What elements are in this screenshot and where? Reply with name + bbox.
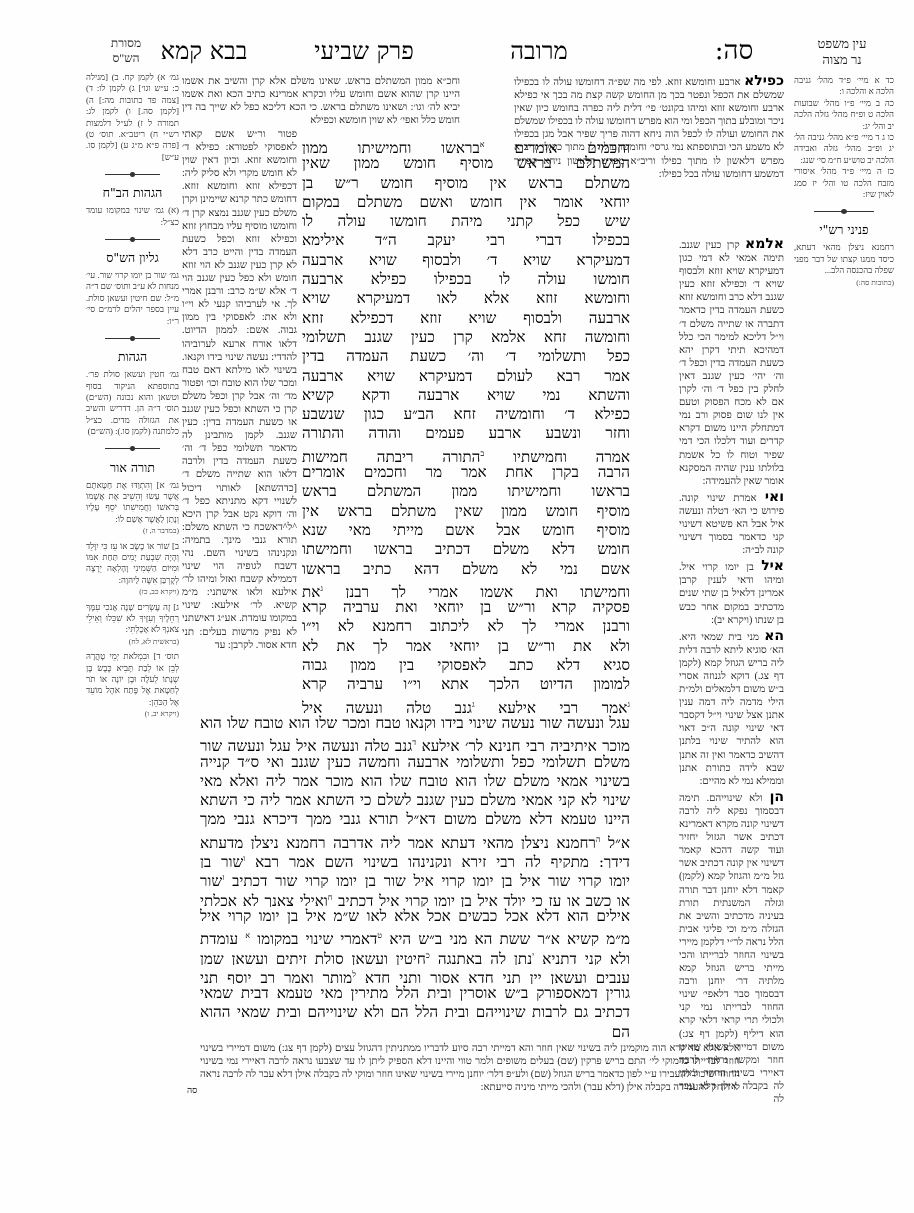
tosafot-dibur: אלמא [745,236,784,252]
gemara-line: וחומשה זחא אלמא קרן כעין שגנב תשלומי [302,328,630,347]
gemara-line: עגל ונעשה שור נעשה שינוי בידו וקנאו טבח … [200,714,630,733]
gemara-line: יומו קרוי שור איל בן יומו קרוי איל שור ב… [200,868,630,887]
gemara-line: חומשו עולה לו בכפילו כפילא ארבעה [302,270,630,289]
mesoret-header: מסורת הש"ס [86,36,166,66]
gemara-line: הם [200,1023,630,1042]
gemara-line: ולא קני דתניא ינתן לה באתנגה כחיטין ועשא… [200,946,630,965]
gilyon-hashas-text: גמ׳ שור בן יומו קרוי שור. עי׳ מנחות לא ע… [86,270,179,327]
gemara-line: אמר רבא לעולם דמעיקרא שויא ארבעה [302,367,630,386]
tosafot-dibur: ואי [765,489,784,505]
torah-ohr-entry: גמ׳ א] וְהִתְוַדּוּ אֶת חַטָּאתָם אֲשֶׁר… [86,480,179,537]
ein-mishpat-entry: כד א מיי׳ פ״ד מהל׳ גניבה הלכה א והלכה ו: [794,75,894,98]
hagahot-habach-text: (א) גמ׳ שינוי במקומו עומד כצ״ל: [86,205,179,228]
gemara-line: משתלם בראש אין מוסיף חומש ר״ש בן [302,174,630,193]
gemara-line: דידך: מתקיף לה רבי זירא ונקנינהו בשינוי … [200,849,630,868]
gemara-line: שיש כפל קתני מיהת חומשו עולה לו [302,212,630,231]
torah-ohr-title: תורה אור [86,460,179,476]
gemara-wide: עגל ונעשה שור נעשה שינוי בידו וקנאו טבח … [200,714,630,1042]
torah-ohr-ref: (במדבר ה, ז) [86,525,179,536]
gemara-line: וחזר ונשבע ארבע פעמים והודה והתורה [302,424,630,443]
gemara-line: היינו טעמא דלא משלם משום דא״ל תורא גנבי … [200,810,630,829]
rashi-text: פטור ור״ש אשם קאתי לאפסוקי לפטורא: כפילא… [182,129,297,651]
gemara-line: מוסיף חומש ממון שאין משתלם בראש אין [302,502,630,521]
ner-mitzvah-label: נר מצוה [792,52,892,68]
tosafot-column-narrow: אלמא קרן כעין שגנב. תימה אמאי לא דמי כגו… [679,238,784,1106]
gemara-line: או כשב או עז כי יולד איל בן יומו קרוי אי… [200,888,630,907]
gemara-line: שינוי לא קני אמאי משלם כעין שגנב לשלם כי… [200,791,630,810]
gemara-line: מוכר איתיביה רבי חנינא לר׳ אילעא דגנב טל… [200,733,630,752]
tosafot-footer: אלא אלא מד קרא הוה מוקמינן ליה בשינוי שא… [200,1042,740,1094]
gemara-line: ענבים ועשאן יין תני חדא אסור ותני חדא למ… [200,965,630,984]
rashi-column: פטור ור״ש אשם קאתי לאפסוקי לפטורא: כפילא… [182,128,297,652]
penini-rashi-title: פניני רש"י [794,222,894,238]
tosafot-dibur: הא [764,628,784,644]
hashas-label: הש"ס [86,51,166,66]
gemara-line: גורין דמאספורק ב״ש אוסרין ובית הלל מתירי… [200,984,630,1003]
gemara-line: דמעיקרא שויא ד׳ ולבסוף שויא ארבעה [302,251,630,270]
tosafot-text: קרן כעין שגנב. תימה אמאי לא דמי כגון דמע… [679,240,784,487]
section-divider [794,206,894,216]
torah-ohr-ref: (בראשית לא, לח) [86,636,179,647]
gemara-line: כפל ותשלומי ד׳ וה׳ כשעת העמדה בדין [302,347,630,366]
gemara-line: מ״מ קשיא א״ר ששת הא מני ב״ש היא טדאמרי ש… [200,926,630,945]
torah-ohr-verse: גמ׳ א] וְהִתְוַדּוּ אֶת חַטָּאתָם אֲשֶׁר… [86,480,179,526]
tosafot-dibur: הן [770,789,784,805]
gemara-main: וחכמים אומרים אבראשו וחמישיתו ממוןהמשתלם… [302,135,630,714]
gemara-line: ורבנן אמרי לך לא ליכתוב רחמנא לא וי״ו [302,617,630,636]
torah-ohr-ref: (ויקרא יב, ו) [86,708,179,719]
gilyon-hashas-title: גליון הש"ס [86,250,179,266]
torah-ohr-verse: ג] זֶה עֶשְׂרִים שָׁנָה אָנֹכִי עִמָּךְ … [86,602,179,636]
gemara-line: למומון הדיוט הלכך אתא וי״ו ערביה קרא [302,675,630,694]
page-signature: סה [187,1085,197,1095]
torah-ohr-ref: (ויקרא כב, כז) [86,586,179,597]
ein-mishpat-entry: כז ה מיי׳ פ״ד מהל׳ איסורי מזבח הלכה טו ו… [794,166,894,200]
ein-mishpat-entry: כו ג ד מיי׳ פ״א מהל׳ גניבה הל׳ יג ופ״ב מ… [794,132,894,166]
tosafot-text: מני בית שמאי היא. הא׳ סוגיא ליתא לרבה דל… [679,632,784,787]
tosafot-dibur: איל [761,558,784,574]
torah-ohr-entry: ג] זֶה עֶשְׂרִים שָׁנָה אָנֹכִי עִמָּךְ … [86,602,179,648]
gemara-line: משלם תשלומי כפל ותשלומי ארבעה וחמשה כעין… [200,753,630,772]
gemara-line: מוסיף חומש אבל אשם מייתי מאי שנא [302,521,630,540]
hagahot-title: הגהות [86,349,179,365]
gemara-line: סגיא דלא כתב לאפסוקי בין ממון גבוה [302,656,630,675]
gemara-line: חומש דלא משלם דכתיב בראשו וחמישתו [302,540,630,559]
chapter-title: מרובה [474,36,604,66]
gemara-line: כפילא ד׳ וחומשיה זחא הב״ע כגון שנשבע [302,405,630,424]
daf-number: סה: [694,36,774,66]
ein-mishpat-entry: כה ב מיי׳ פ״ו מהל׳ שבועות הלכה ט ופ״ח מה… [794,98,894,132]
gemara-line: בכפילו דברי רבי יעקב ה״ד אילימא [302,231,630,250]
torah-ohr-verse: ב] שׁוֹר אוֹ כֶשֶׂב אוֹ עֵז כִּי יִוָּלֵ… [86,541,179,587]
rashi-top-text: וחכ״א ממון המשתלם בראש. שאינו משלם אלא ק… [182,76,460,126]
gemara-line: המשתלם בראש מוסיף חומש ממון שאין [302,154,630,173]
gemara-line: הרבה בקרן אחת אמר מר וחכמים אומרים [302,463,630,482]
tosafot-block: איל בן יומו קרוי איל. ומיהו ודאי לענין ק… [679,560,784,626]
left-margin-column: גמ׳ א) לקמן קח. ב) [מגילה כ: ע״ש וגו׳] ג… [86,72,179,720]
section-divider [86,444,179,454]
tosafot-block: אלמא קרן כעין שגנב. תימה אמאי לא דמי כגו… [679,238,784,488]
gemara-line: והשתא נמי שויא ארבעה ודקא קשיא [302,386,630,405]
gemara-line: אמרה וחמישתיו בהתורה ריבתה חמישות [302,444,630,463]
ein-mishpat-column: כד א מיי׳ פ״ד מהל׳ גניבה הלכה א והלכה ו:… [794,75,894,288]
gemara-line: דכתיב גם לרבות שינוייהם ובית הלל הם ולא … [200,1003,630,1022]
ein-mishpat-header: עין משפט נר מצוה [792,36,892,68]
tosafot-footer-text: אלא אלא מד קרא הוה מוקמינן ליה בשינוי שא… [200,1043,740,1093]
gemara-line: בשינוי אמאי משלם שלו הוא טובח שלו הוא מו… [200,772,630,791]
rashi-top: וחכ״א ממון המשתלם בראש. שאינו משלם אלא ק… [182,75,460,127]
gemara-line: ארבעה ולבסוף שויא זוזא דכפילא זוזא [302,309,630,328]
tosafot-block: ואי אמרת שינוי קונה. פירוש כי הא׳ דטלה ו… [679,491,784,557]
section-divider [86,234,179,244]
section-divider [86,333,179,343]
gemara-line: וחמישתו ואת אשמו אמרי לך רבנן גאת [302,579,630,598]
penini-rashi-text: רחמנא ניצלן מהאי דעתא, כיסד ממנו קצתו של… [794,242,894,276]
gemara-line: וחכמים אומרים אבראשו וחמישיתו ממון [302,135,630,154]
tosafot-dibur: כפילא [744,73,784,89]
gemara-line: פסקיה קרא ור״ש בן יוחאי ואת ערביה קרא [302,598,630,617]
mesoret-entries: גמ׳ א) לקמן קח. ב) [מגילה כ: ע״ש וגו׳] ג… [86,72,179,163]
ein-mishpat-label: עין משפט [792,36,892,52]
section-divider [86,169,179,179]
tosafot-block: הא מני בית שמאי היא. הא׳ סוגיא ליתא לרבה… [679,630,784,788]
gemara-line: ולא את ור״ש בן יוחאי אמר לך את לא [302,637,630,656]
hagahot-text: גמ׳ חטין ועשאן סולת פר׳. בתוספתא הניקוד … [86,369,179,437]
hagahot-habach-title: הגהות הב"ח [86,185,179,201]
chapter-number: פרק שביעי [284,36,444,66]
penini-rashi-ref: (כתובות סה:) [794,277,894,288]
torah-ohr-verse: תוס׳ ד] וּבִמְלֹאת יְמֵי טָהֳרָהּ לְבֵן … [86,651,179,708]
mesoret-label: מסורת [86,36,166,51]
gemara-line: וחומשא זוזא אלא לאו דמעיקרא שויא [302,289,630,308]
gemara-line: גאמר רבי אילעא גגנב טלה ונעשה איל [302,695,630,714]
gemara-line: בראשו וחמישיתו ממון המשתלם בראש [302,482,630,501]
gemara-line: אילים הוא דלא אכל כבשים אכל אלא לאו ש״מ … [200,907,630,926]
gemara-line: יוחאי אומר אין חומש ואשם משתלם במקום [302,193,630,212]
gemara-line: א״ל הרחמנא ניצלן מהאי דעתא אמר ליה אדרבה… [200,830,630,849]
gemara-line: אשם נמי לא משלם דהא כתיב בראשו [302,560,630,579]
torah-ohr-entry: ב] שׁוֹר אוֹ כֶשֶׂב אוֹ עֵז כִּי יִוָּלֵ… [86,541,179,598]
torah-ohr-entry: תוס׳ ד] וּבִמְלֹאת יְמֵי טָהֳרָהּ לְבֵן … [86,651,179,719]
